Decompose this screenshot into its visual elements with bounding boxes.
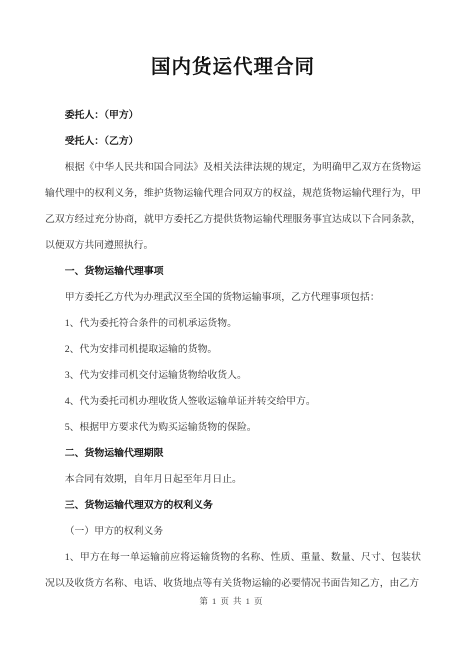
- section-2-heading: 二、货物运输代理期限: [45, 441, 421, 467]
- contract-page: 国内货运代理合同 委托人：（甲方） 受托人：（乙方） 根据《中华人民共和国合同法…: [0, 0, 463, 655]
- preamble-paragraph: 根据《中华人民共和国合同法》及相关法律法规的规定，为明确甲乙双方在货物运输代理中…: [45, 155, 421, 259]
- section-3-heading: 三、货物运输代理双方的权利义务: [45, 493, 421, 519]
- section-1-intro: 甲方委托乙方代为办理武汉至全国的货物运输事项，乙方代理事项包括：: [45, 285, 421, 311]
- section-1-item-3: 3、代为安排司机交付运输货物给收货人。: [45, 363, 421, 389]
- section-1-item-1: 1、代为委托符合条件的司机承运货物。: [45, 311, 421, 337]
- section-1-item-2: 2、代为安排司机提取运输的货物。: [45, 337, 421, 363]
- page-number-footer: 第 1 页 共 1 页: [0, 596, 463, 607]
- party-a-line: 委托人：（甲方）: [45, 103, 421, 129]
- section-1-item-4: 4、代为委托司机办理收货人签收运输单证并转交给甲方。: [45, 389, 421, 415]
- section-1-item-5: 5、根据甲方要求代为购买运输货物的保险。: [45, 415, 421, 441]
- party-b-line: 受托人：（乙方）: [45, 129, 421, 155]
- section-1-heading: 一、货物运输代理事项: [45, 259, 421, 285]
- section-3-subheading: （一）甲方的权利义务: [45, 519, 421, 545]
- section-2-paragraph: 本合同有效期，自年月日起至年月日止。: [45, 467, 421, 493]
- page-title: 国内货运代理合同: [45, 55, 421, 81]
- section-3-item-1: 1、甲方在每一单运输前应将运输货物的名称、性质、重量、数量、尺寸、包装状况以及收…: [45, 545, 421, 597]
